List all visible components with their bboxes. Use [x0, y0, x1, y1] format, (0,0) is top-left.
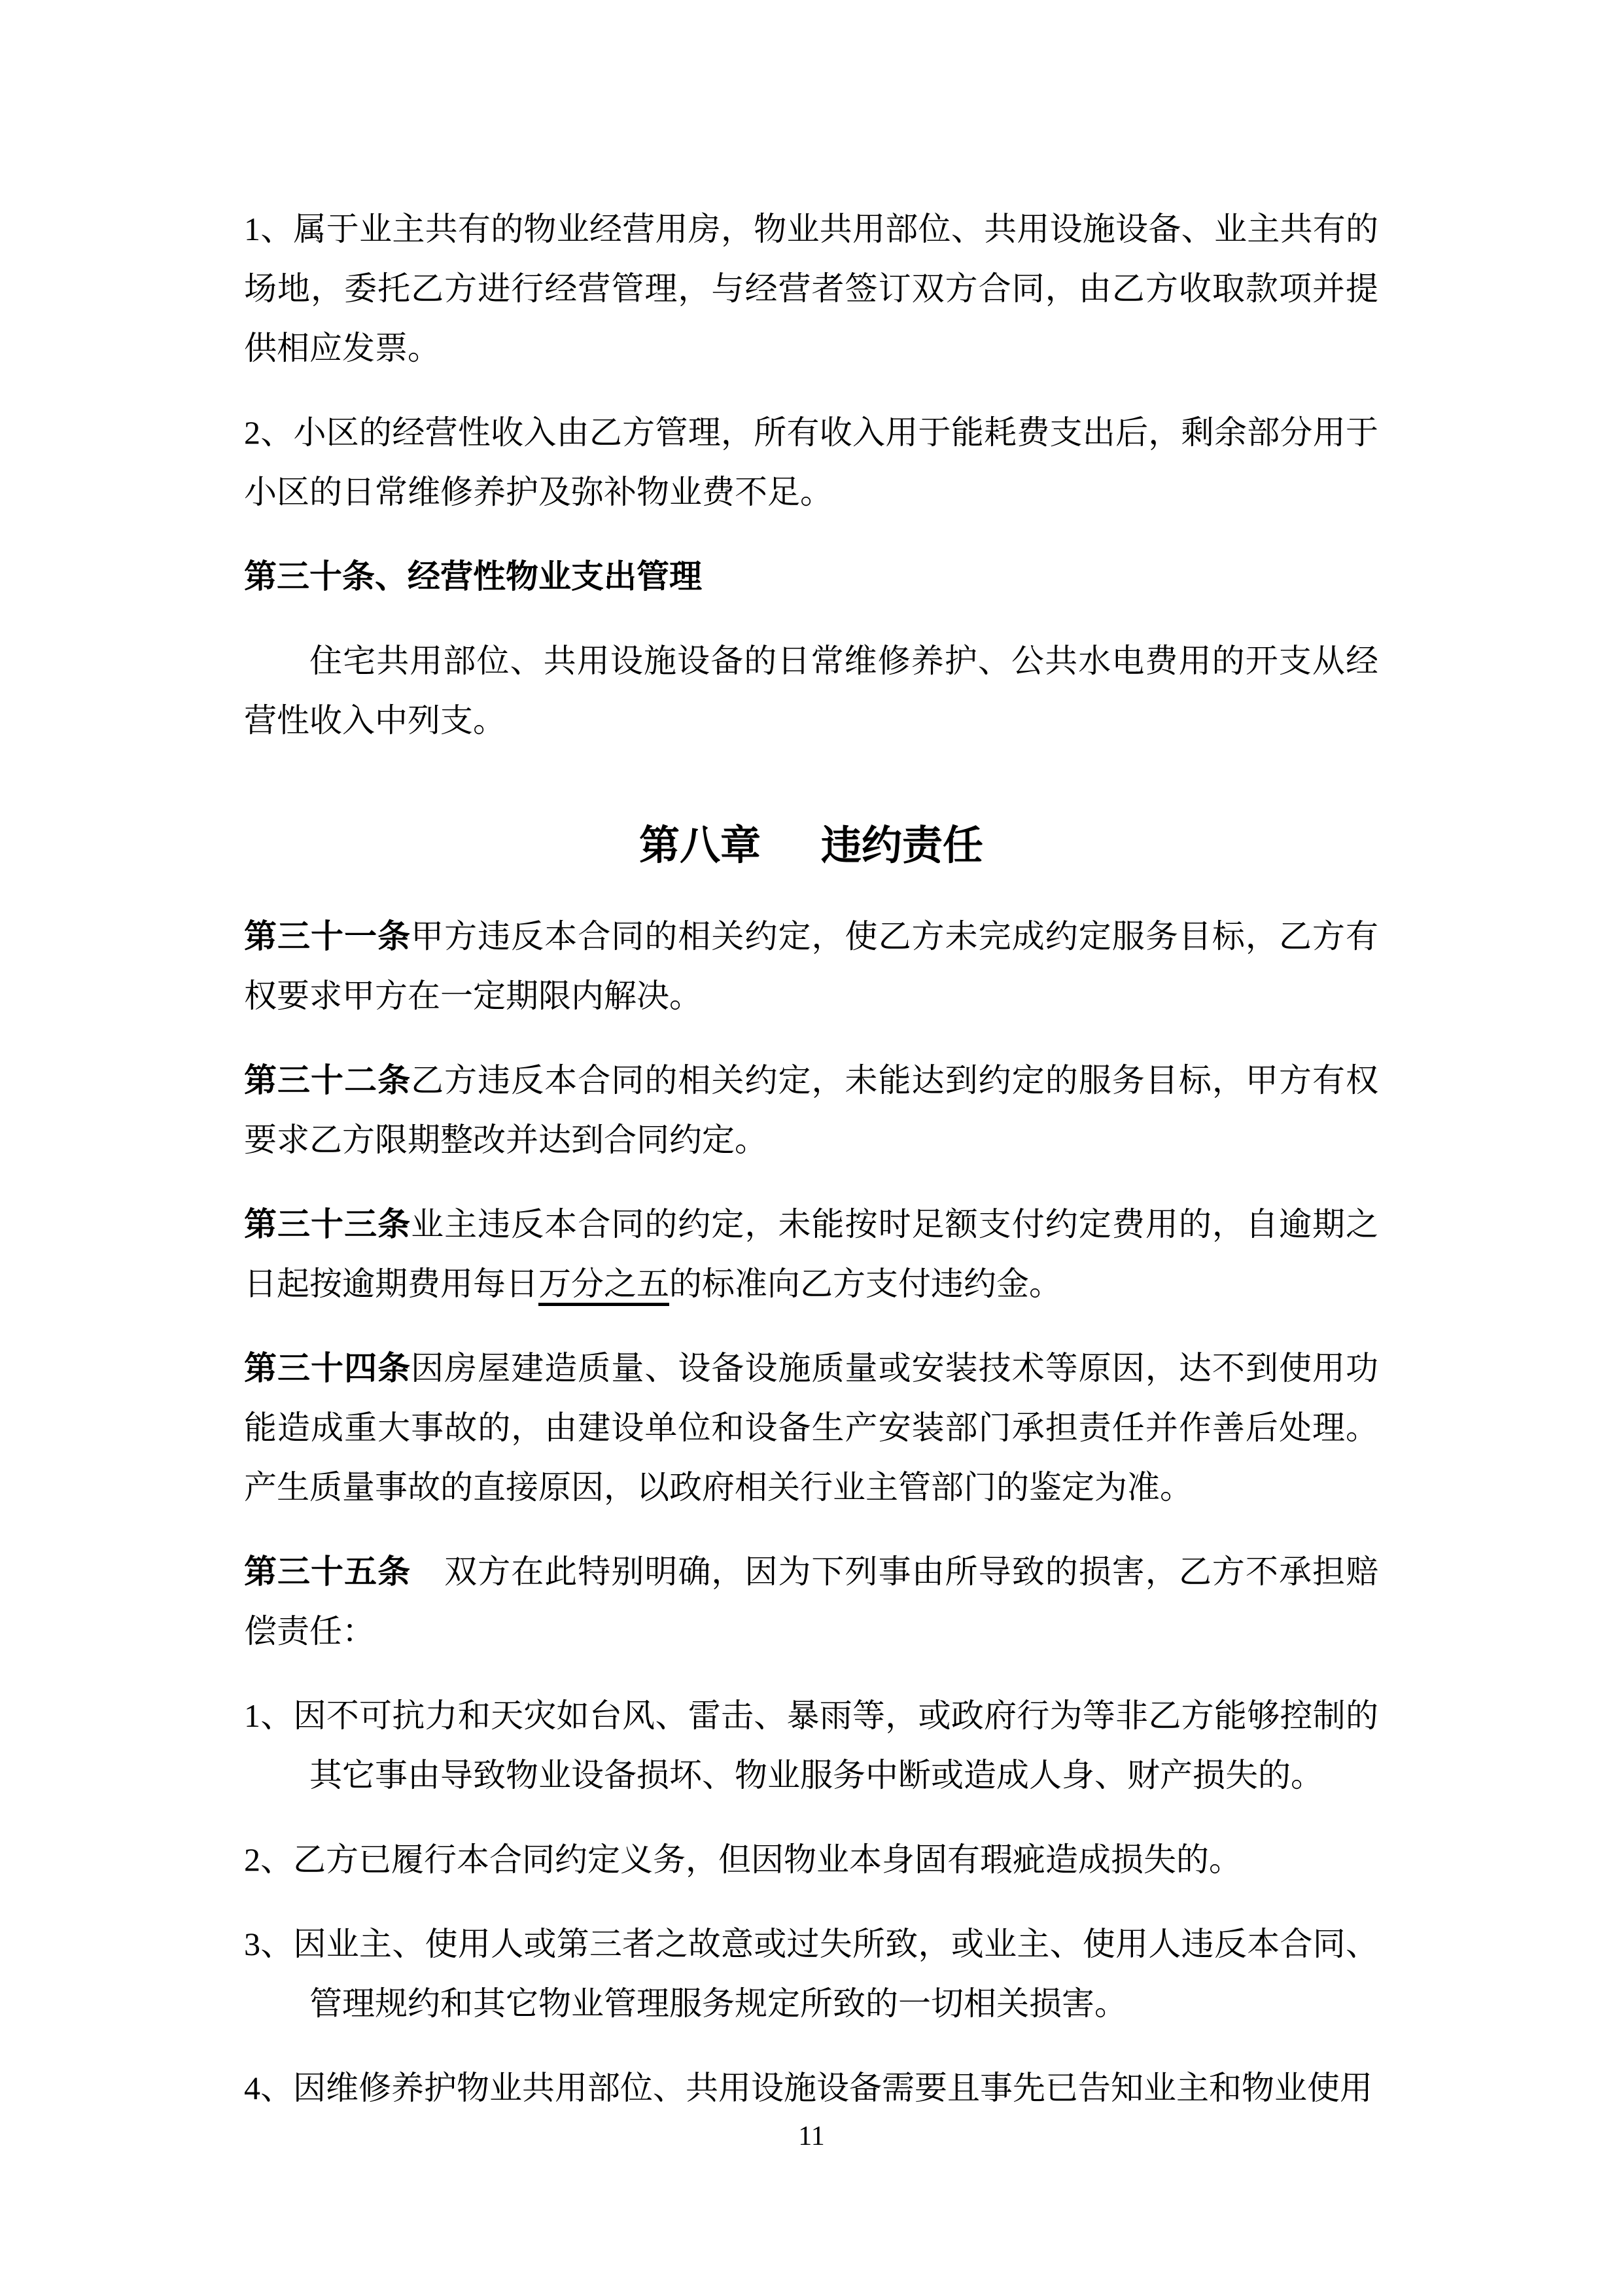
- exemption-list-item-1: 1、因不可抗力和天灾如台风、雷击、暴雨等，或政府行为等非乙方能够控制的其它事由导…: [244, 1686, 1378, 1805]
- article-31: 第三十一条甲方违反本合同的相关约定，使乙方未完成约定服务目标，乙方有权要求甲方在…: [244, 907, 1378, 1026]
- article-34-body: 因房屋建造质量、设备设施质量或安装技术等原因，达不到使用功能造成重大事故的，由建…: [244, 1350, 1378, 1506]
- article-34-label: 第三十四条: [244, 1350, 411, 1386]
- chapter-heading: 第八章违约责任: [244, 813, 1378, 879]
- article-33-body-after: 的标准向乙方支付违约金。: [669, 1265, 1062, 1302]
- document-body: 1、属于业主共有的物业经营用房，物业共用部位、共用设施设备、业主共有的场地，委托…: [244, 200, 1378, 2143]
- underlined-term: 万分之五: [538, 1265, 669, 1302]
- chapter-title: 违约责任: [821, 824, 983, 868]
- article-32-label: 第三十二条: [244, 1062, 411, 1099]
- exemption-list-item-2: 2、乙方已履行本合同约定义务，但因物业本身固有瑕疵造成损失的。: [244, 1830, 1378, 1890]
- page-number: 11: [0, 2120, 1623, 2153]
- section-heading-article-30: 第三十条、经营性物业支出管理: [244, 547, 1378, 607]
- exemption-list-item-4: 4、因维修养护物业共用部位、共用设施设备需要且事先已告知业主和物业使用: [244, 2058, 1378, 2118]
- exemption-list-item-3: 3、因业主、使用人或第三者之故意或过失所致，或业主、使用人违反本合同、管理规约和…: [244, 1915, 1378, 2034]
- article-35-label: 第三十五条: [244, 1553, 411, 1590]
- document-page: { "page": { "number": "11" }, "content":…: [0, 0, 1623, 2296]
- paragraph-item-1: 1、属于业主共有的物业经营用房，物业共用部位、共用设施设备、业主共有的场地，委托…: [244, 200, 1378, 378]
- article-32: 第三十二条乙方违反本合同的相关约定，未能达到约定的服务目标，甲方有权要求乙方限期…: [244, 1051, 1378, 1170]
- article-31-body: 甲方违反本合同的相关约定，使乙方未完成约定服务目标，乙方有权要求甲方在一定期限内…: [244, 918, 1378, 1014]
- article-34: 第三十四条因房屋建造质量、设备设施质量或安装技术等原因，达不到使用功能造成重大事…: [244, 1339, 1378, 1517]
- article-33-label: 第三十三条: [244, 1206, 411, 1243]
- article-35: 第三十五条 双方在此特别明确，因为下列事由所导致的损害，乙方不承担赔偿责任：: [244, 1542, 1378, 1661]
- article-33: 第三十三条业主违反本合同的约定，未能按时足额支付约定费用的，自逾期之日起按逾期费…: [244, 1195, 1378, 1314]
- article-32-body: 乙方违反本合同的相关约定，未能达到约定的服务目标，甲方有权要求乙方限期整改并达到…: [244, 1062, 1378, 1158]
- chapter-number: 第八章: [639, 824, 761, 868]
- article-31-label: 第三十一条: [244, 918, 411, 955]
- paragraph-article-30: 住宅共用部位、共用设施设备的日常维修养护、公共水电费用的开支从经营性收入中列支。: [244, 631, 1378, 751]
- article-35-body: 双方在此特别明确，因为下列事由所导致的损害，乙方不承担赔偿责任：: [244, 1553, 1378, 1650]
- paragraph-item-2: 2、小区的经营性收入由乙方管理，所有收入用于能耗费支出后，剩余部分用于小区的日常…: [244, 403, 1378, 522]
